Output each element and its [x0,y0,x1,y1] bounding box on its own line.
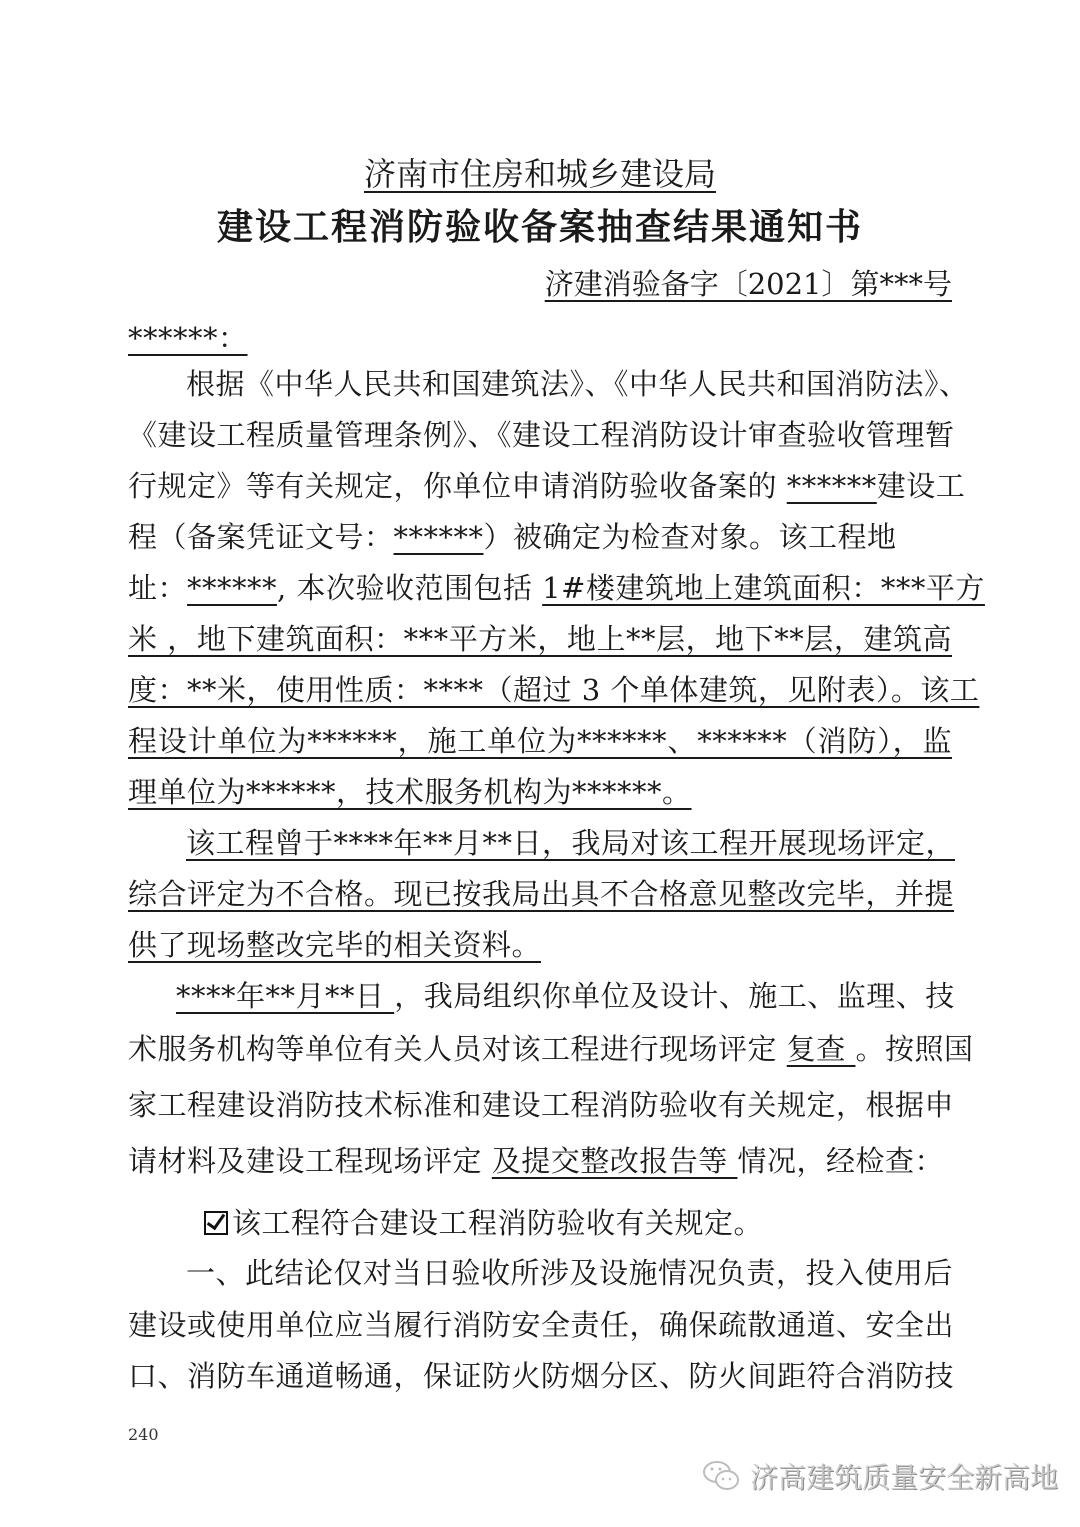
conclusion-row: 该工程符合建设工程消防验收有关规定。 [204,1203,952,1243]
p1-line4: 程（备案凭证文号：******）被确定为检查对象。该工程地 [128,517,952,557]
p4-line1: 一、此结论仅对当日验收所涉及设施情况负责，投入使用后 [186,1253,952,1293]
p1-line6: 米 ，地下建筑面积：***平方米，地上**层，地下**层，建筑高 [128,619,952,659]
wechat-icon [702,1459,742,1493]
p1-line9: 理单位为******，技术服务机构为******。 [128,772,952,812]
issuer-heading: 济南市住房和城乡建设局 [0,152,1080,196]
p2-line1: 该工程曾于****年**月**日，我局对该工程开展现场评定， [186,823,952,863]
p3-line2: 术服务机构等单位有关人员对该工程进行现场评定 复查 。按照国 [128,1029,952,1069]
p3-line3: 家工程建设消防技术标准和建设工程消防验收有关规定，根据申 [128,1085,952,1125]
document-page: 济南市住房和城乡建设局 建设工程消防验收备案抽查结果通知书 济建消验备字〔202… [0,0,1080,1527]
p1-line2: 《建设工程质量管理条例》、《建设工程消防设计审查验收管理暂 [128,415,952,455]
addressee: ******： [128,318,952,358]
p2-line3: 供了现场整改完毕的相关资料。 [128,925,952,965]
p3-line4: 请材料及建设工程现场评定 及提交整改报告等 情况，经检查： [128,1141,952,1181]
watermark: 济高建筑质量安全新高地 [702,1456,1058,1496]
checked-box-icon [204,1211,228,1235]
document-number: 济建消验备字〔2021〕第***号 [545,264,952,304]
p1-line3: 行规定》等有关规定，你单位申请消防验收备案的 ******建设工 [128,466,952,506]
p1-line5: 址：******, 本次验收范围包括 1#楼建筑地上建筑面积：***平方 [128,568,952,608]
document-title: 建设工程消防验收备案抽查结果通知书 [0,204,1080,252]
p4-line3: 口、消防车通道畅通，保证防火防烟分区、防火间距符合消防技 [128,1356,952,1396]
p1-line8: 程设计单位为******，施工单位为******、******（消防），监 [128,721,952,761]
p1-line1: 根据《中华人民共和国建筑法》、《中华人民共和国消防法》、 [186,364,952,404]
p3-line1: ****年**月**日 ，我局组织你单位及设计、施工、监理、技 [176,976,952,1016]
p1-line7: 度：**米，使用性质：****（超过 3 个单体建筑，见附表）。该工 [128,670,952,710]
p2-line2: 综合评定为不合格。现已按我局出具不合格意见整改完毕，并提 [128,874,952,914]
page-number: 240 [128,1425,159,1444]
p4-line2: 建设或使用单位应当履行消防安全责任，确保疏散通道、安全出 [128,1305,952,1345]
